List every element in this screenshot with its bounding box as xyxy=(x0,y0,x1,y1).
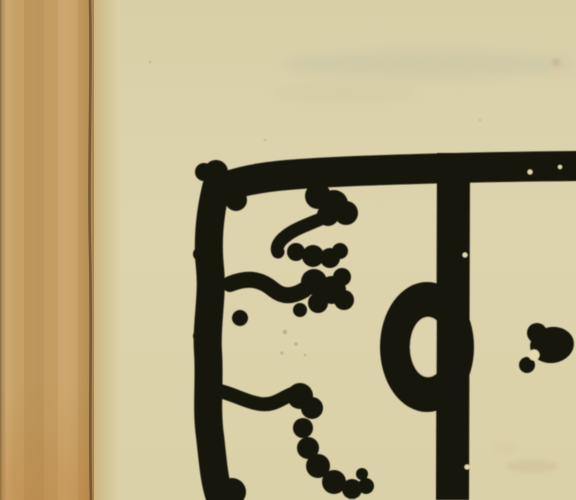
page-edge-transition xyxy=(94,0,120,500)
scan-canvas xyxy=(0,0,576,500)
stain-streak-bottom-right xyxy=(505,459,559,473)
smudge-band-top xyxy=(282,50,576,78)
page-edge-strip xyxy=(0,0,120,500)
right-vertical-bar xyxy=(436,153,470,500)
smudge-band-secondary xyxy=(275,84,415,102)
page-scan xyxy=(0,0,576,500)
left-ornament-column xyxy=(208,180,220,498)
page-edge-line xyxy=(89,0,91,500)
page-edge-warm-bottom xyxy=(0,380,94,500)
stain-faint xyxy=(494,443,516,453)
pink-foxing-spot xyxy=(553,59,559,65)
